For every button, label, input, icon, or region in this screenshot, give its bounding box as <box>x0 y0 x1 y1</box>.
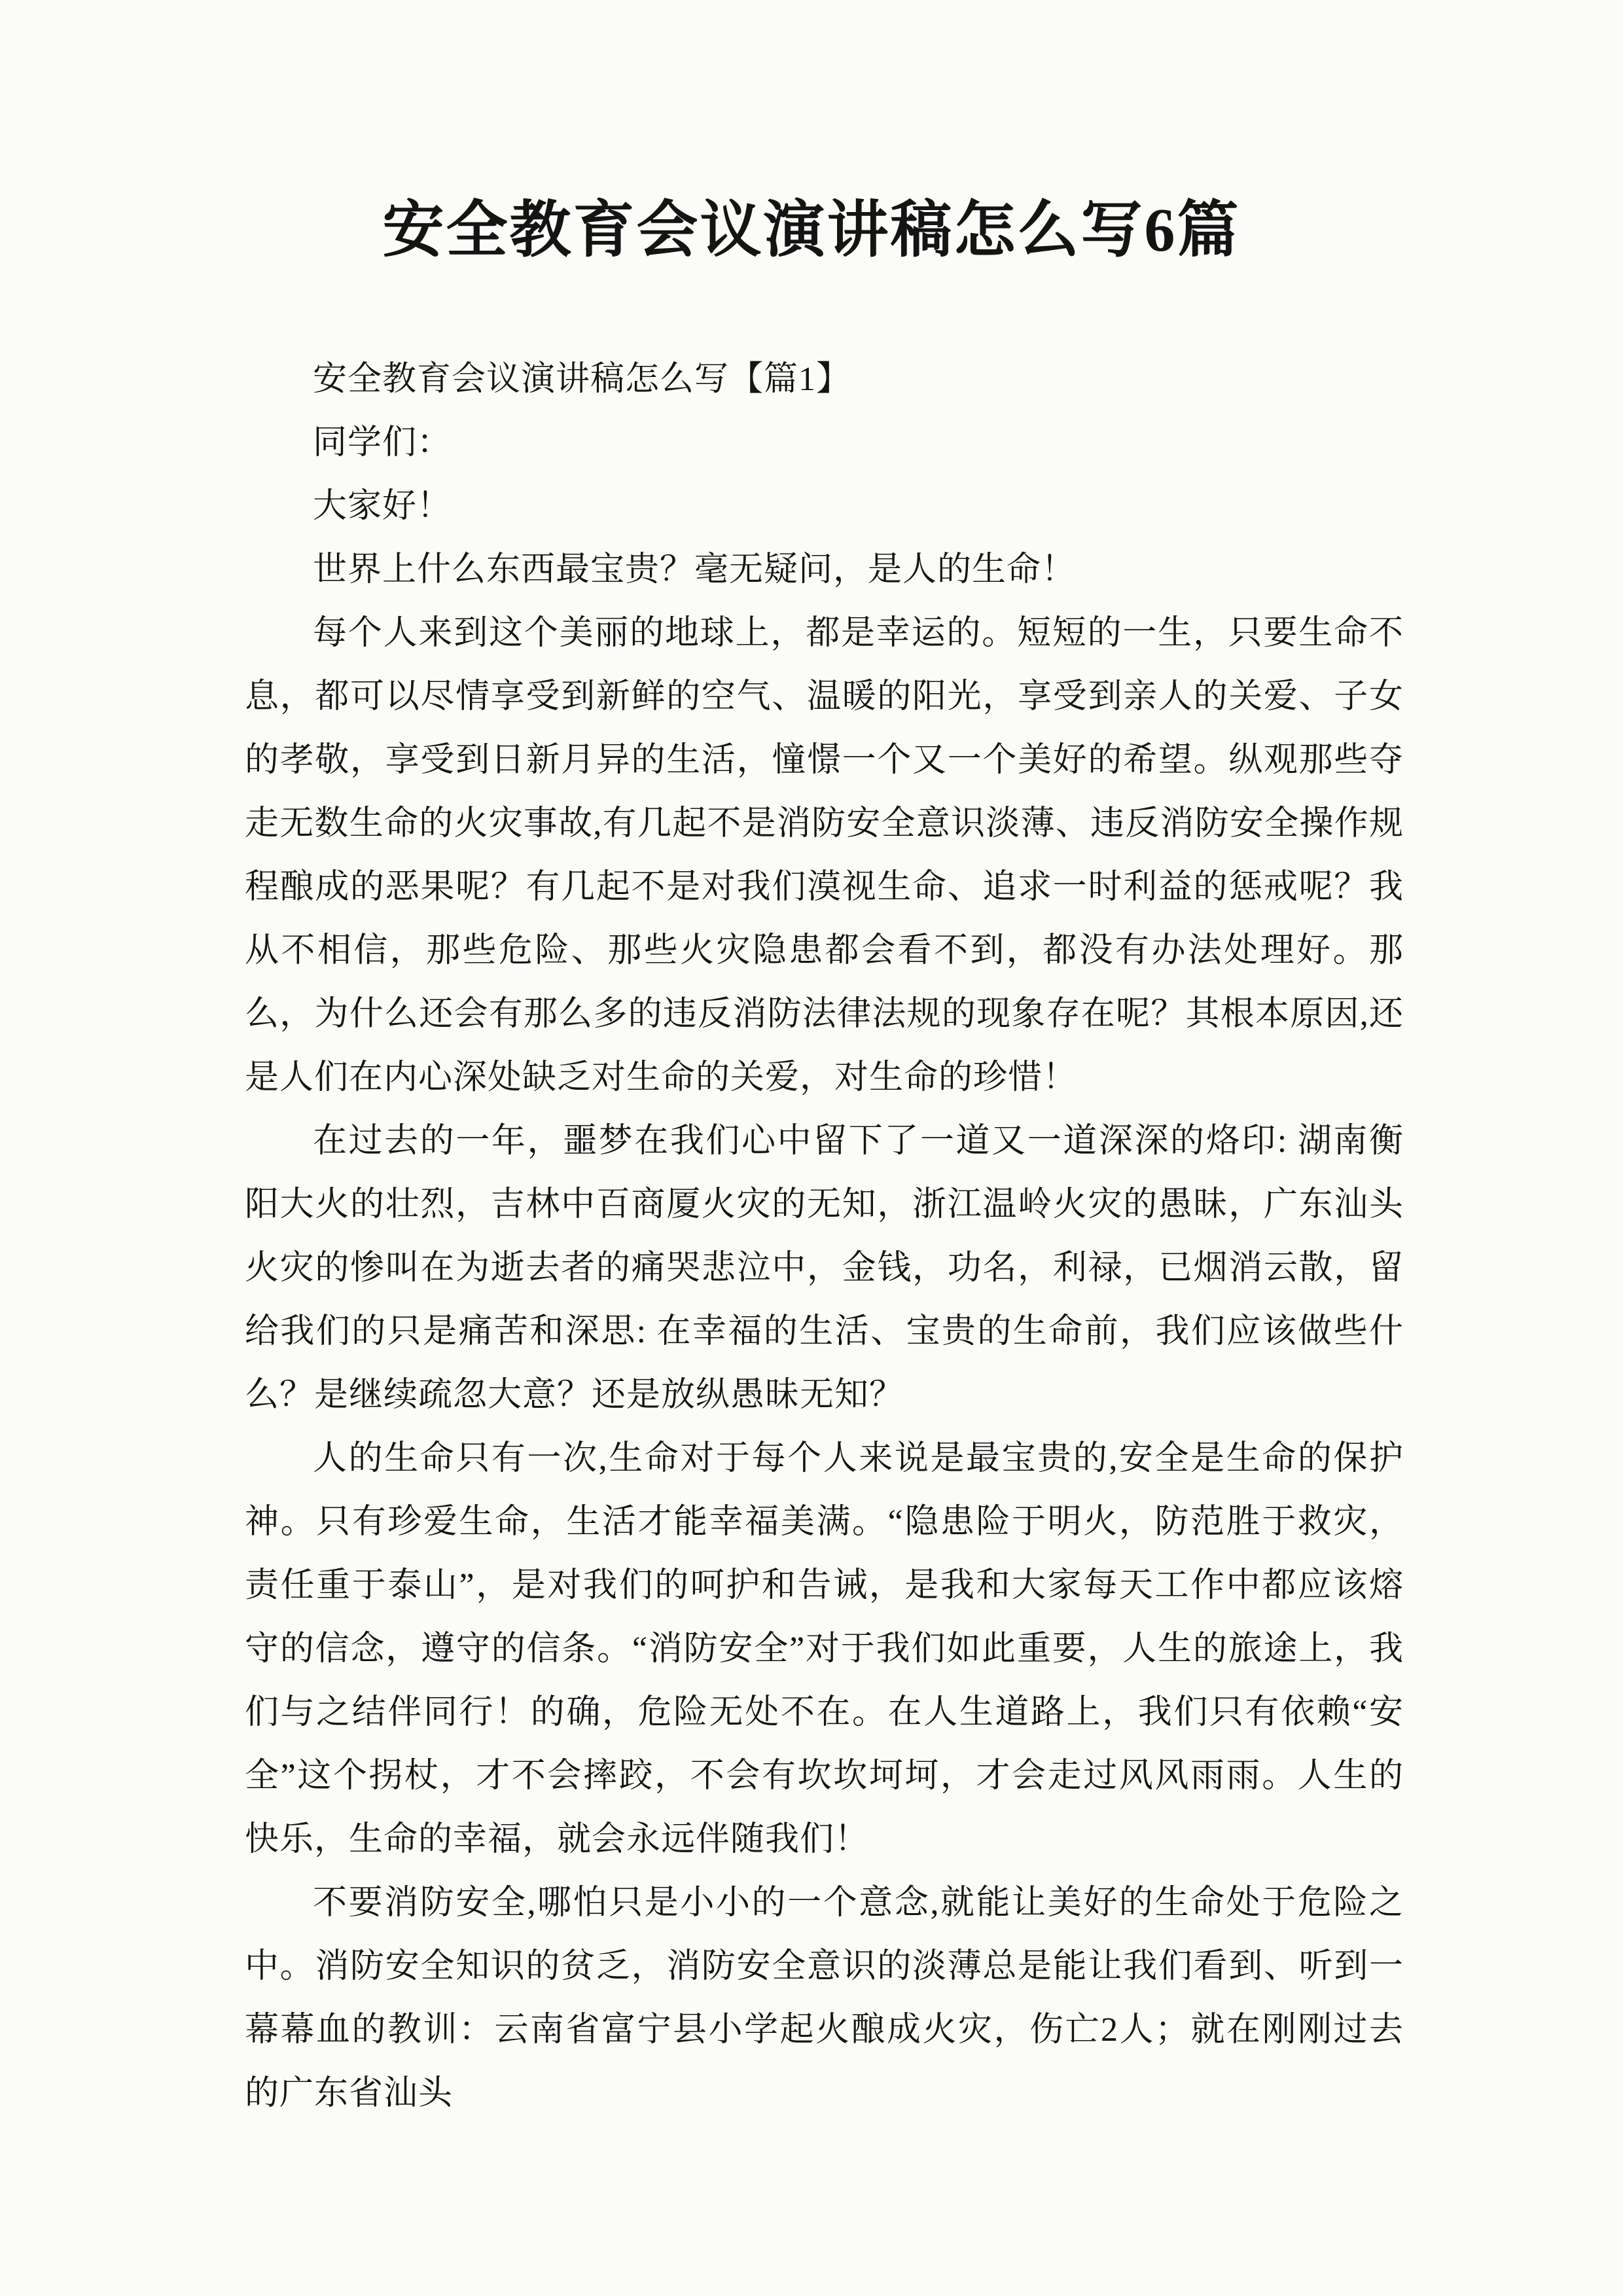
paragraph: 不要消防安全,哪怕只是小小的一个意念,就能让美好的生命处于危险之中。消防安全知识… <box>245 1871 1404 2125</box>
document-title: 安全教育会议演讲稿怎么写6篇 <box>0 0 1623 268</box>
paragraph: 在过去的一年，噩梦在我们心中留下了一道又一道深深的烙印: 湖南衡阳大火的壮烈，吉… <box>245 1109 1404 1427</box>
paragraph: 大家好！ <box>245 475 1404 538</box>
paragraph: 同学们： <box>245 411 1404 475</box>
document-body: 安全教育会议演讲稿怎么写【篇1】同学们：大家好！世界上什么东西最宝贵？毫无疑问，… <box>245 348 1404 2125</box>
paragraph: 安全教育会议演讲稿怎么写【篇1】 <box>245 348 1404 411</box>
page: 安全教育会议演讲稿怎么写6篇 安全教育会议演讲稿怎么写【篇1】同学们：大家好！世… <box>0 0 1623 2296</box>
paragraph: 世界上什么东西最宝贵？毫无疑问，是人的生命！ <box>245 538 1404 601</box>
paragraph: 人的生命只有一次,生命对于每个人来说是最宝贵的,安全是生命的保护神。只有珍爱生命… <box>245 1427 1404 1871</box>
paragraph: 每个人来到这个美丽的地球上，都是幸运的。短短的一生，只要生命不息，都可以尽情享受… <box>245 601 1404 1109</box>
